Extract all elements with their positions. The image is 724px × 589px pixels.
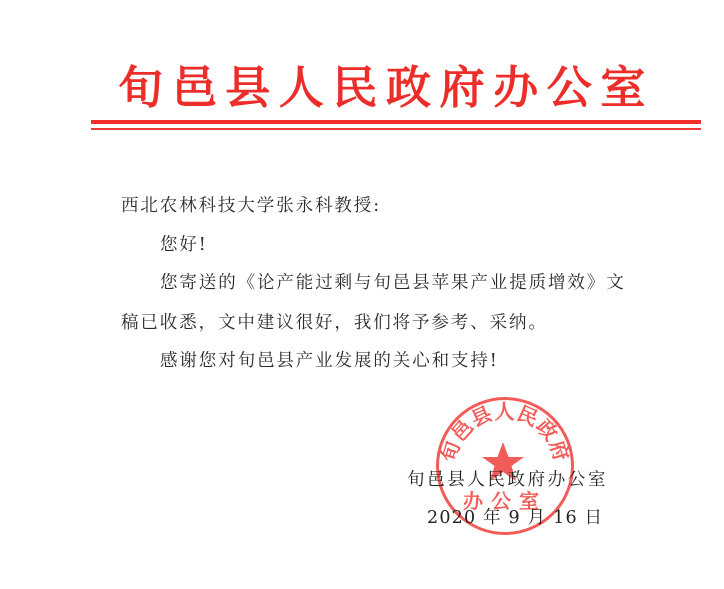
letterhead-rule-thin: [91, 128, 701, 130]
paragraph-1-line-2: 稿已收悉，文中建议很好，我们将予参考、采纳。: [121, 312, 548, 334]
paragraph-2: 感谢您对旬邑县产业发展的关心和支持!: [160, 350, 499, 372]
salutation: 西北农林科技大学张永科教授:: [121, 195, 381, 217]
paragraph-1-line-1: 您寄送的《论产能过剩与旬邑县苹果产业提质增效》文: [160, 272, 626, 294]
signature-date: 2020 年 9 月 16 日: [427, 507, 603, 529]
signature-organization: 旬邑县人民政府办公室: [407, 469, 608, 491]
greeting: 您好!: [160, 234, 208, 256]
letterhead-rule-thick: [91, 120, 701, 124]
letterhead-title: 旬邑县人民政府办公室: [118, 58, 678, 118]
